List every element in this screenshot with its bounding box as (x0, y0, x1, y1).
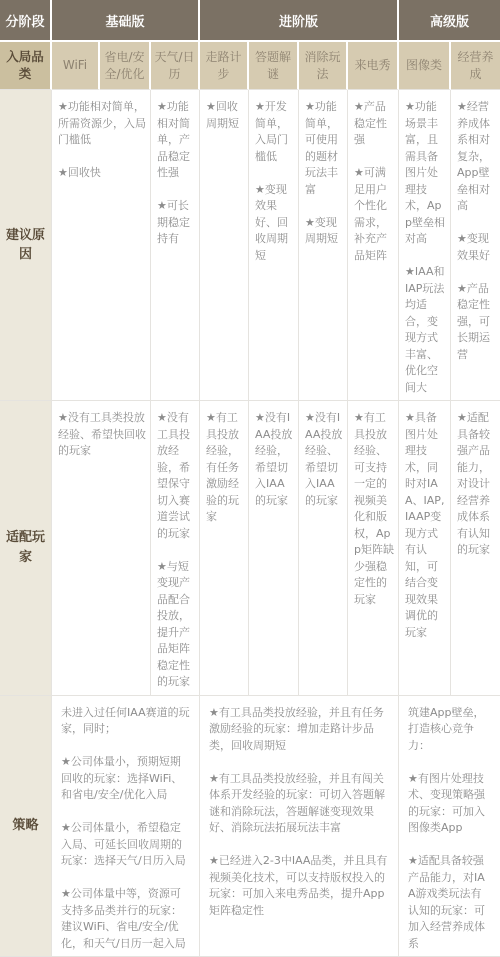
row-label-players: 适配玩家 (0, 401, 52, 696)
tier-header-row: 分阶段 基础版 进阶版 高级版 (0, 0, 500, 42)
player-cell-match: ★没有IAA投放经验、希望切入IAA的玩家 (299, 401, 348, 696)
player-cell-simulation: ★适配具备较强产品能力，对设计经营养成体系有认知的玩家 (451, 401, 500, 696)
strategy-row: 策略 未进入过任何IAA赛道的玩家，同时； ★公司体量小，预期短期回收的玩家：选… (0, 696, 500, 957)
player-cell-image: ★具备图片处理技术，同时对IAA、IAP,IAAP变现方式有认知，可结合变现效果… (399, 401, 451, 696)
strategy-cell-premium: 筑建App壁垒，打造核心竞争力： ★有图片处理技术、变现策略强的玩家：可加入图像… (399, 696, 500, 957)
category-header-weather-calendar: 天气/日历 (151, 42, 200, 90)
tier-header-basic: 基础版 (52, 0, 200, 42)
category-header-wifi: WiFi (52, 42, 100, 90)
corner-category-header: 入局品类 (0, 42, 52, 90)
reason-cell-wifi-power: ★功能相对简单，所需资源少，入局门槛低 ★回收快 (52, 90, 151, 401)
category-header-step-counter: 走路计步 (200, 42, 249, 90)
tier-strategy-table: 分阶段 基础版 进阶版 高级版 入局品类 WiFi 省电/安全/优化 天气/日历… (0, 0, 500, 957)
row-label-reasons: 建议原因 (0, 90, 52, 401)
category-header-quiz-puzzle: 答题解谜 (249, 42, 299, 90)
player-cell-wifi-power: ★没有工具类投放经验、希望快回收的玩家 (52, 401, 151, 696)
category-header-simulation: 经营养成 (451, 42, 500, 90)
strategy-cell-advanced: ★有工具品类投放经验，并且有任务激励经验的玩家：增加走路计步品类，回收周期短 ★… (200, 696, 399, 957)
row-label-strategy: 策略 (0, 696, 52, 957)
reason-cell-match: ★功能简单，可使用的题材玩法丰富 ★变现周期短 (299, 90, 348, 401)
player-cell-quiz: ★没有IAA投放经验，希望切入IAA的玩家 (249, 401, 299, 696)
reason-cell-weather: ★功能相对简单，产品稳定性强 ★可长期稳定持有 (151, 90, 200, 401)
reasons-row: 建议原因 ★功能相对简单，所需资源少，入局门槛低 ★回收快 ★功能相对简单，产品… (0, 90, 500, 401)
category-header-match-play: 消除玩法 (299, 42, 348, 90)
reason-cell-callshow: ★产品稳定性强 ★可满足用户个性化需求，补充产品矩阵 (348, 90, 399, 401)
player-cell-weather: ★没有工具投放经验，希望保守切入赛道尝试的玩家 ★与短变现产品配合投放，提升产品… (151, 401, 200, 696)
tier-header-premium: 高级版 (399, 0, 500, 42)
category-header-call-show: 来电秀 (348, 42, 399, 90)
tier-header-advanced: 进阶版 (200, 0, 399, 42)
strategy-cell-basic: 未进入过任何IAA赛道的玩家，同时； ★公司体量小，预期短期回收的玩家：选择Wi… (52, 696, 200, 957)
player-cell-step: ★有工具投放经验，有任务激励经验的玩家 (200, 401, 249, 696)
category-header-power-safety: 省电/安全/优化 (100, 42, 151, 90)
players-row: 适配玩家 ★没有工具类投放经验、希望快回收的玩家 ★没有工具投放经验，希望保守切… (0, 401, 500, 696)
category-header-row: 入局品类 WiFi 省电/安全/优化 天气/日历 走路计步 答题解谜 消除玩法 … (0, 42, 500, 90)
reason-cell-step: ★回收周期短 (200, 90, 249, 401)
player-cell-callshow: ★有工具投放经验、可支持一定的视频美化和版权，App矩阵缺少强稳定性的玩家 (348, 401, 399, 696)
reason-cell-simulation: ★经营养成体系相对复杂，App壁垒相对高 ★变现效果好 ★产品稳定性强，可长期运… (451, 90, 500, 401)
category-header-image: 图像类 (399, 42, 451, 90)
corner-stage-header: 分阶段 (0, 0, 52, 42)
reason-cell-image: ★功能场景丰富，且需具备图片处理技术，App壁垒相对高 ★IAA和IAP玩法均适… (399, 90, 451, 401)
reason-cell-quiz: ★开发简单，入局门槛低 ★变现效果好、回收周期短 (249, 90, 299, 401)
